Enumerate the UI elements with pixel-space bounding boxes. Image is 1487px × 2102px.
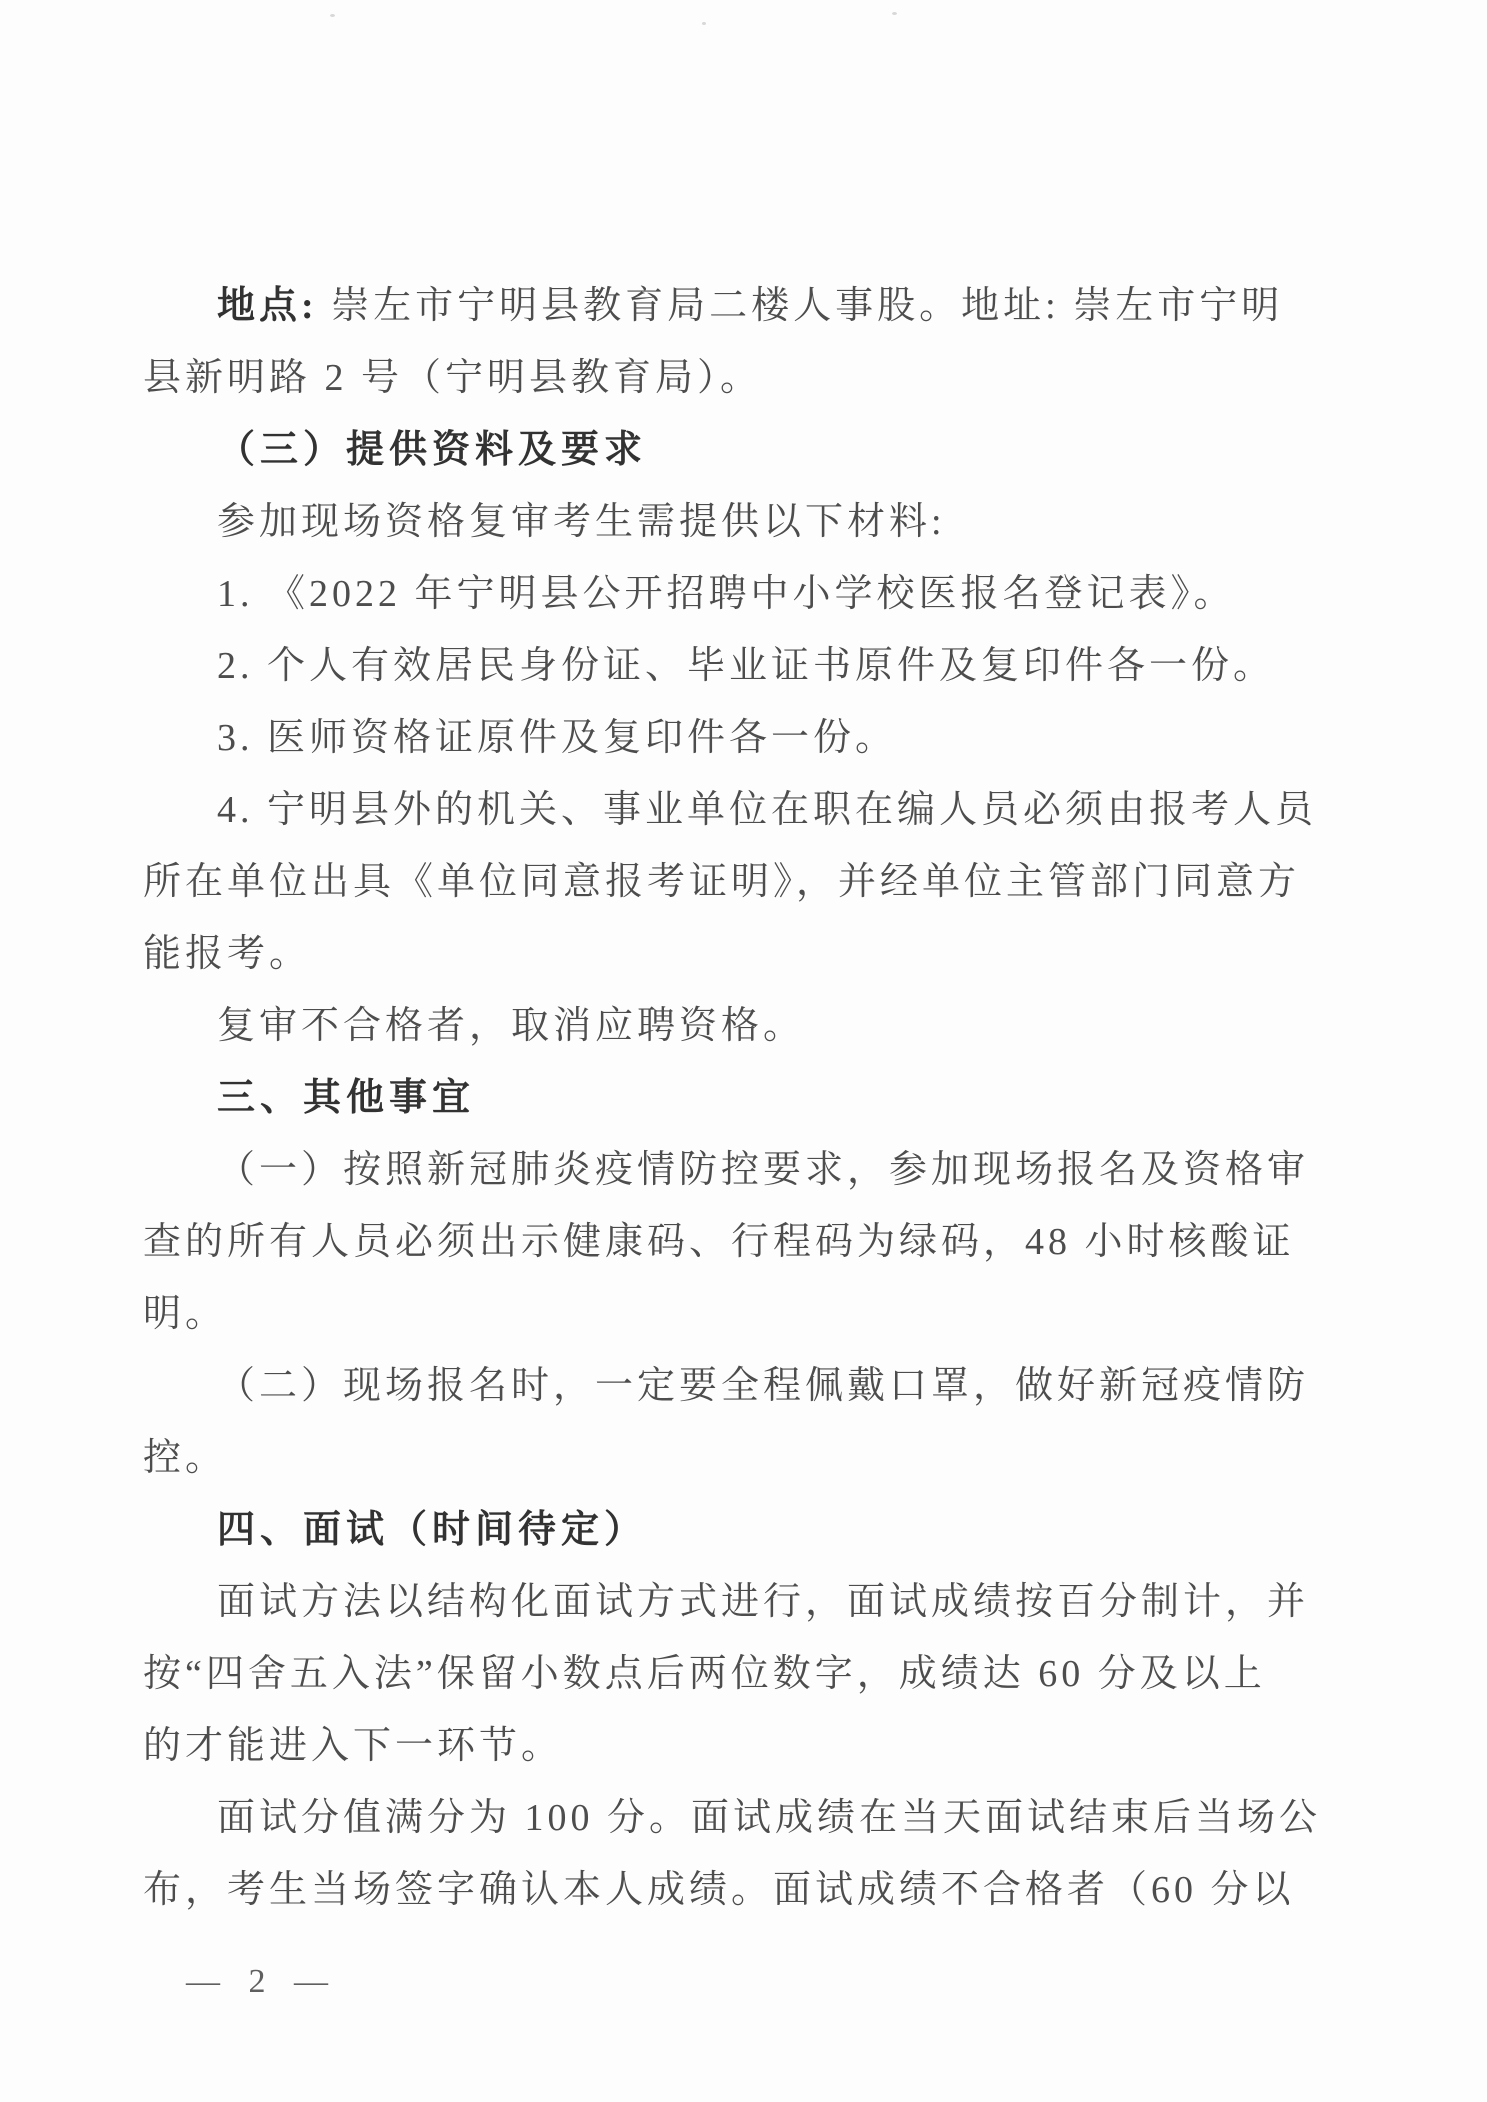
document-line: （一）按照新冠肺炎疫情防控要求，参加现场报名及资格审 — [143, 1134, 1358, 1206]
document-line: 查的所有人员必须出示健康码、行程码为绿码，48 小时核酸证 — [143, 1206, 1358, 1278]
document-line: （二）现场报名时，一定要全程佩戴口罩，做好新冠疫情防 — [143, 1350, 1358, 1422]
document-line: 布，考生当场签字确认本人成绩。面试成绩不合格者（60 分以 — [143, 1854, 1358, 1926]
page-number: — 2 — — [186, 1962, 338, 2002]
document-line: 按“四舍五入法”保留小数点后两位数字，成绩达 60 分及以上 — [143, 1638, 1358, 1710]
section-heading-other: 三、其他事宜 — [143, 1062, 1358, 1134]
document-line: 面试分值满分为 100 分。面试成绩在当天面试结束后当场公 — [143, 1782, 1358, 1854]
list-item-3: 3. 医师资格证原件及复印件各一份。 — [143, 702, 1358, 774]
location-label: 地点: — [217, 285, 318, 327]
document-line: 复审不合格者，取消应聘资格。 — [143, 990, 1358, 1062]
document-line: 的才能进入下一环节。 — [143, 1710, 1358, 1782]
document-line: 面试方法以结构化面试方式进行，面试成绩按百分制计，并 — [143, 1566, 1358, 1638]
document-line: 县新明路 2 号（宁明县教育局）。 — [143, 342, 1358, 414]
document-body: 地点: 崇左市宁明县教育局二楼人事股。地址: 崇左市宁明 县新明路 2 号（宁明… — [143, 270, 1358, 1926]
document-line: 参加现场资格复审考生需提供以下材料: — [143, 486, 1358, 558]
document-line: 所在单位出具《单位同意报考证明》，并经单位主管部门同意方 — [143, 846, 1358, 918]
scan-artifact — [892, 12, 897, 15]
scan-artifact — [702, 22, 706, 25]
document-page: 地点: 崇左市宁明县教育局二楼人事股。地址: 崇左市宁明 县新明路 2 号（宁明… — [0, 0, 1487, 2102]
list-item-2: 2. 个人有效居民身份证、毕业证书原件及复印件各一份。 — [143, 630, 1358, 702]
scan-artifact — [330, 14, 335, 17]
section-heading-interview: 四、面试（时间待定） — [143, 1494, 1358, 1566]
document-line: 控。 — [143, 1422, 1358, 1494]
document-line: 地点: 崇左市宁明县教育局二楼人事股。地址: 崇左市宁明 — [143, 270, 1358, 342]
list-item-1: 1. 《2022 年宁明县公开招聘中小学校医报名登记表》。 — [143, 558, 1358, 630]
document-line: 能报考。 — [143, 918, 1358, 990]
list-item-4: 4. 宁明县外的机关、事业单位在职在编人员必须由报考人员 — [143, 774, 1358, 846]
section-heading-materials: （三）提供资料及要求 — [143, 414, 1358, 486]
document-line: 明。 — [143, 1278, 1358, 1350]
location-text: 崇左市宁明县教育局二楼人事股。地址: 崇左市宁明 — [318, 285, 1284, 327]
